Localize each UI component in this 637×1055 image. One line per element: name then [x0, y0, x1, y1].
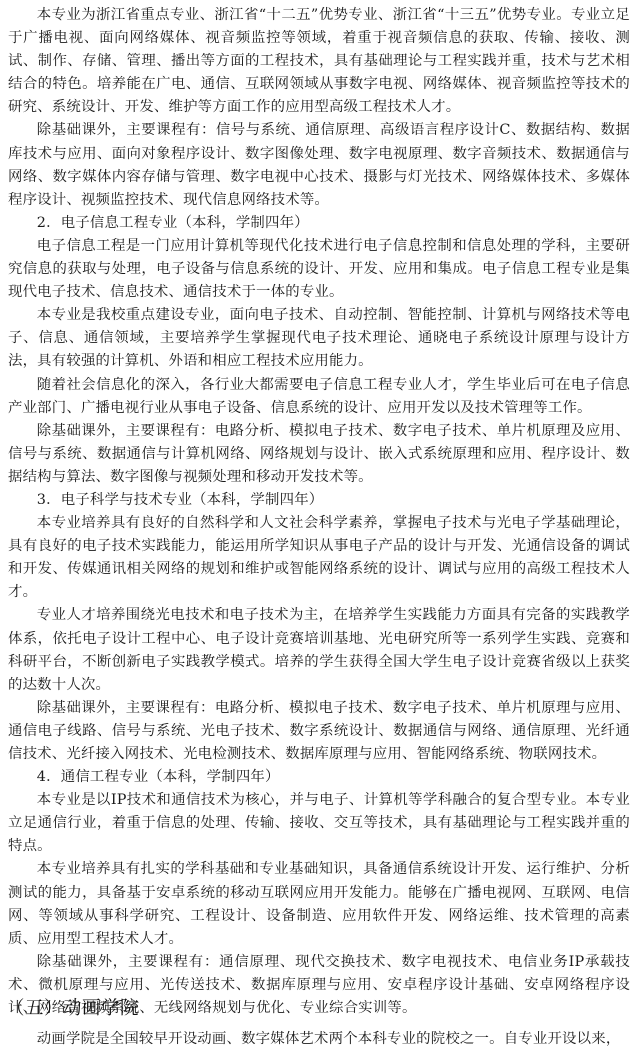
- paragraph-major-overview: 本专业为浙江省重点专业、浙江省“十二五”优势专业、浙江省“十三五”优势专业。专业…: [8, 4, 630, 119]
- animation-school-intro: 动画学院是全国较早开设动画、数字媒体艺术两个本科专业的院校之一。自专业开设以来，: [8, 1028, 637, 1051]
- subheading-communication-engineering: 4．通信工程专业（本科，学制四年）: [8, 766, 630, 789]
- paragraph-est-goals: 本专业培养具有良好的自然科学和人文社会科学素养，掌握电子技术与光电子学基础理论，…: [8, 512, 630, 604]
- paragraph-eie-focus: 本专业是我校重点建设专业，面向电子技术、自动控制、智能控制、计算机与网络技术等电…: [8, 304, 630, 373]
- program-descriptions: 本专业为浙江省重点专业、浙江省“十二五”优势专业、浙江省“十三五”优势专业。专业…: [8, 4, 630, 1020]
- subheading-electronic-information-engineering: 2．电子信息工程专业（本科，学制四年）: [8, 212, 630, 235]
- paragraph-est-practice: 专业人才培养围绕光电技术和电子技术为主，在培养学生实践能力方面具有完备的实践教学…: [8, 604, 630, 696]
- paragraph-eie-careers: 随着社会信息化的深入，各行业大都需要电子信息工程专业人才，学生毕业后可在电子信息…: [8, 374, 630, 420]
- paragraph-ce-definition: 本专业是以IP技术和通信技术为核心，并与电子、计算机等学科融合的复合型专业。本专…: [8, 789, 630, 858]
- paragraph-ce-goals: 本专业培养具有扎实的学科基础和专业基础知识，具备通信系统设计开发、运行维护、分析…: [8, 858, 630, 950]
- paragraph-main-courses: 除基础课外，主要课程有：信号与系统、通信原理、高级语言程序设计C、数据结构、数据…: [8, 119, 630, 211]
- paragraph-est-courses: 除基础课外，主要课程有：电路分析、模拟电子技术、数字电子技术、单片机原理与应用、…: [8, 697, 630, 766]
- paragraph-animation-intro: 动画学院是全国较早开设动画、数字媒体艺术两个本科专业的院校之一。自专业开设以来，: [8, 1028, 637, 1051]
- subheading-electronic-science-technology: 3．电子科学与技术专业（本科，学制四年）: [8, 489, 630, 512]
- section-heading-animation-school: （五）动画学院: [6, 994, 139, 1024]
- paragraph-eie-courses: 除基础课外，主要课程有：电路分析、模拟电子技术、数字电子技术、单片机原理及应用、…: [8, 420, 630, 489]
- paragraph-eie-definition: 电子信息工程是一门应用计算机等现代化技术进行电子信息控制和信息处理的学科，主要研…: [8, 235, 630, 304]
